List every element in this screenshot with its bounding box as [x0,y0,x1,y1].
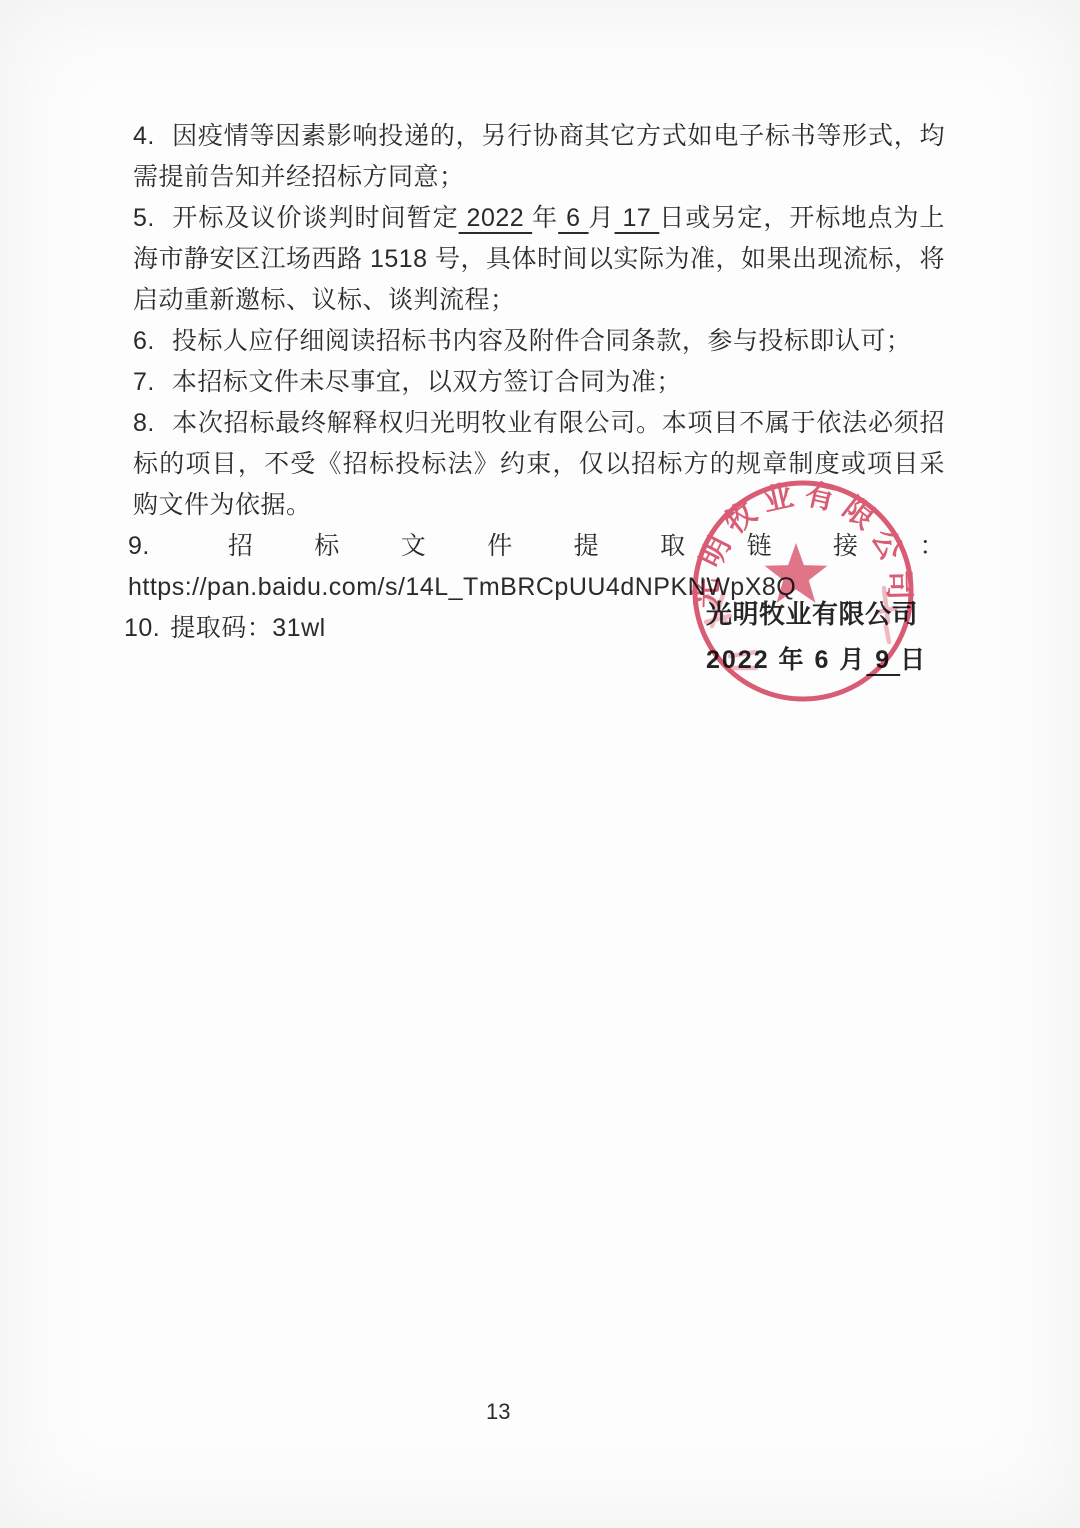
item-number: 10. [124,614,170,642]
item-text: 提取码： [170,614,272,642]
date-prefix: 2022 年 6 月 [706,646,866,674]
item-number: 5. [133,204,172,232]
item-number: 9. [128,532,167,560]
item-number: 8. [133,409,172,437]
item-text: 年 [532,204,558,232]
item-number: 7. [133,368,172,396]
document-page: 4.因疫情等因素影响投递的，另行协商其它方式如电子标书等形式，均需提前告知并经招… [0,0,1080,1528]
date-day: 9 [866,646,900,674]
company-name: 光明牧业有限公司 [706,594,936,631]
term-item-4: 4.因疫情等因素影响投递的，另行协商其它方式如电子标书等形式，均需提前告知并经招… [133,116,945,198]
item-text: 投标人应仔细阅读招标书内容及附件合同条款，参与投标即认可； [172,327,912,355]
term-item-7: 7.本招标文件未尽事宜，以双方签订合同为准； [133,362,945,403]
item-text: 本招标文件未尽事宜，以双方签订合同为准； [172,368,682,396]
term-item-5: 5.开标及议价谈判时间暂定 2022 年 6 月 17 日或另定，开标地点为上海… [133,198,945,321]
signature-date: 2022 年 6 月 9 日 [706,640,936,676]
fill-in-year: 2022 [459,204,533,232]
extraction-code: 31wl [272,614,325,642]
item-text: 开标及议价谈判时间暂定 [172,204,459,232]
page-number: 13 [486,1399,510,1425]
item-number: 6. [133,327,172,355]
item-text: 月 [589,204,615,232]
signature-block: 光明牧业有限公司 2022 年 6 月 9 日 [706,594,936,676]
date-suffix: 日 [900,646,927,674]
term-item-6: 6.投标人应仔细阅读招标书内容及附件合同条款，参与投标即认可； [133,321,945,362]
fill-in-day: 17 [615,204,660,232]
item-number: 4. [133,122,172,150]
item-text: 因疫情等因素影响投递的，另行协商其它方式如电子标书等形式，均需提前告知并经招标方… [133,122,945,191]
fill-in-month: 6 [558,204,588,232]
